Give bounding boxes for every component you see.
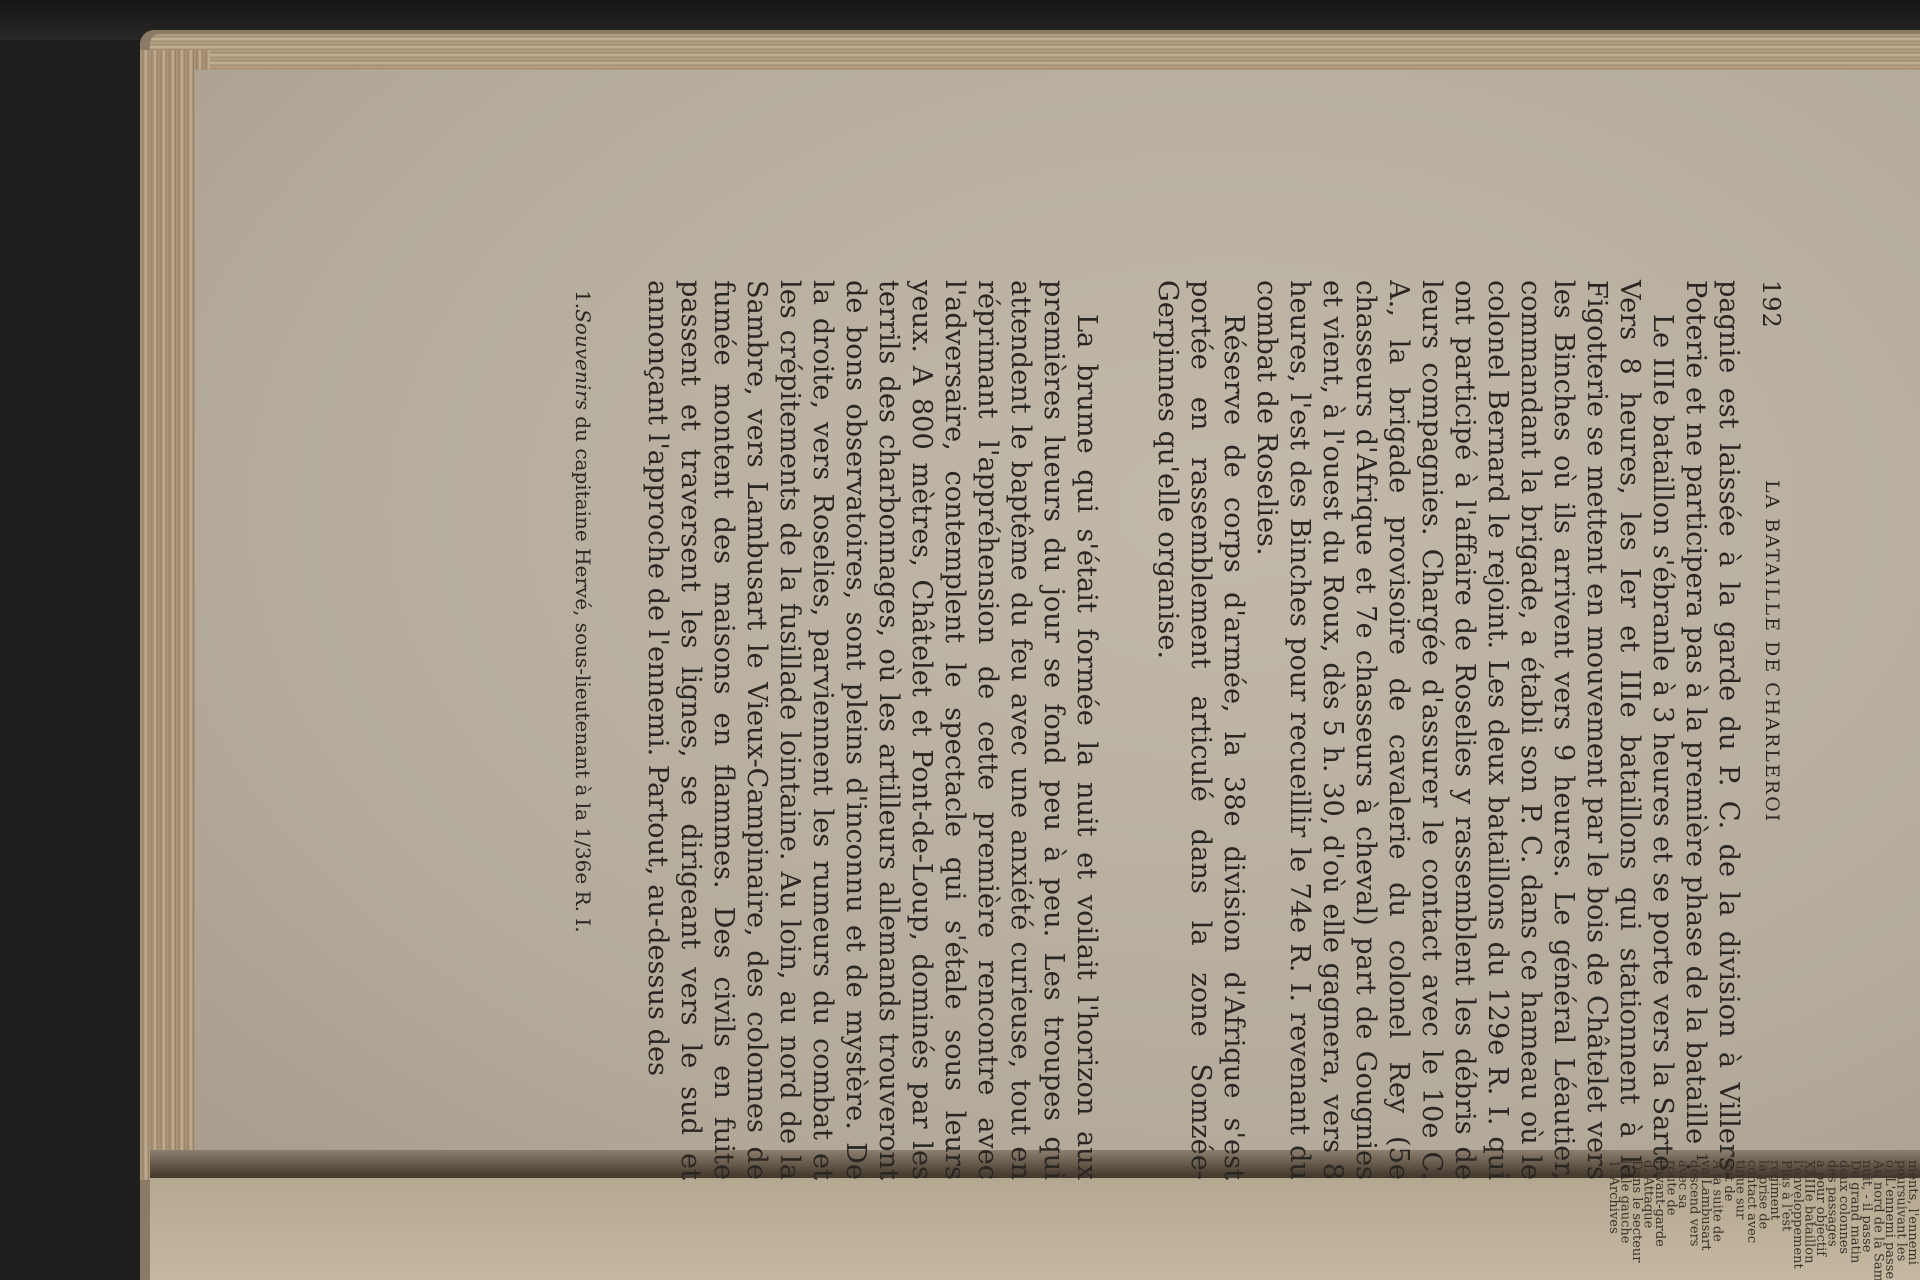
page-body: pagnie est laissée à la garde du P. C. d… [641,280,1745,1180]
footnote-number: 1. [571,290,595,309]
paragraph-2: Le IIIe bataillon s'ébranle à 3 heures e… [1250,280,1679,1180]
footnote-ref: 1 [1693,1153,1711,1163]
paragraph-tail: . [1680,1162,1711,1171]
page-header: 192 LA BATAILLE DE CHARLEROI [1745,250,1785,1200]
section-gap [1103,280,1151,1180]
paragraph-1: pagnie est laissée à la garde du P. C. d… [1679,280,1745,1180]
paragraph-3: Réserve de corps d'armée, la 38e divisio… [1151,280,1250,1180]
footnote-text: du capitaine Hervé, sous-lieutenant à la… [571,410,595,933]
paragraph-4: La brume qui s'était formée la nuit et v… [641,280,1103,1180]
rotated-page-content: 192 LA BATAILLE DE CHARLEROI pagnie est … [365,250,1785,1200]
paragraph-text: pagnie est laissée à la garde du P. C. d… [1680,280,1744,1180]
running-head: LA BATAILLE DE CHARLEROI [1761,480,1783,823]
footnote-title: Souvenirs [571,309,595,410]
footnote: 1.Souvenirs du capitaine Hervé, sous-lie… [571,290,595,1170]
page-number: 192 [1757,280,1785,329]
